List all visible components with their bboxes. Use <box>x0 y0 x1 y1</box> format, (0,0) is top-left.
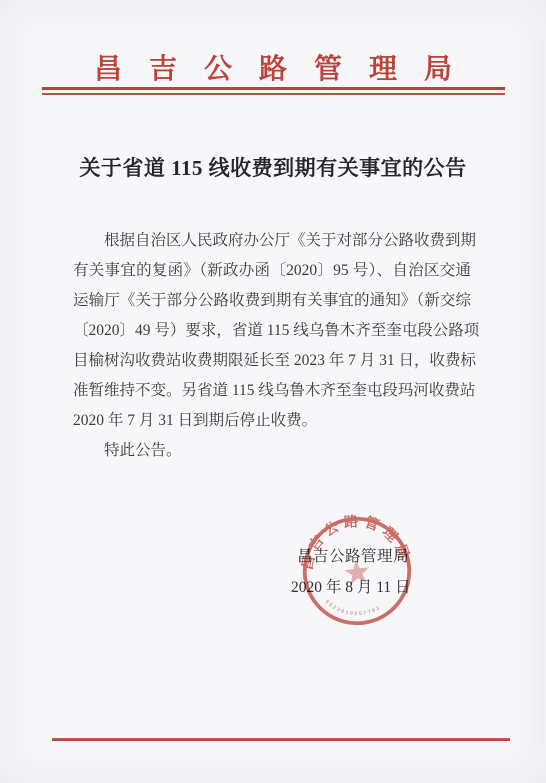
document-body: 根据自治区人民政府办公厅《关于对部分公路收费到期 有关事宜的复函》（新政办函〔2… <box>73 226 471 466</box>
letterhead-double-rule <box>42 87 505 95</box>
letterhead-agency-text: 昌吉公路管理局 <box>94 54 479 85</box>
official-seal: 昌吉公路管理局 6523010057793 <box>293 507 420 634</box>
body-line: 有关事宜的复函》（新政办函〔2020〕95 号）、自治区交通 <box>73 256 471 286</box>
body-line: 运输厅《关于部分公路收费到期有关事宜的通知》（新交综 <box>73 286 471 316</box>
body-line: 准暂维持不变。另省道 115 线乌鲁木齐至奎屯段玛河收费站 <box>73 376 471 406</box>
body-line: 2020 年 7 月 31 日到期后停止收费。 <box>73 406 471 436</box>
scanned-document-page: 昌吉公路管理局 关于省道 115 线收费到期有关事宜的公告 根据自治区人民政府办… <box>0 0 546 783</box>
body-line: 〔2020〕49 号）要求，省道 115 线乌鲁木齐至奎屯段公路项 <box>73 316 471 346</box>
star-icon <box>343 558 371 585</box>
letterhead-agency-name: 昌吉公路管理局 <box>0 47 546 87</box>
footer-rule <box>52 738 510 741</box>
closing-statement: 特此公告。 <box>73 436 471 466</box>
document-title: 关于省道 115 线收费到期有关事宜的公告 <box>0 152 546 182</box>
body-line: 目榆树沟收费站收费期限延长至 2023 年 7 月 31 日，收费标 <box>73 346 471 376</box>
body-line: 根据自治区人民政府办公厅《关于对部分公路收费到期 <box>73 226 471 256</box>
